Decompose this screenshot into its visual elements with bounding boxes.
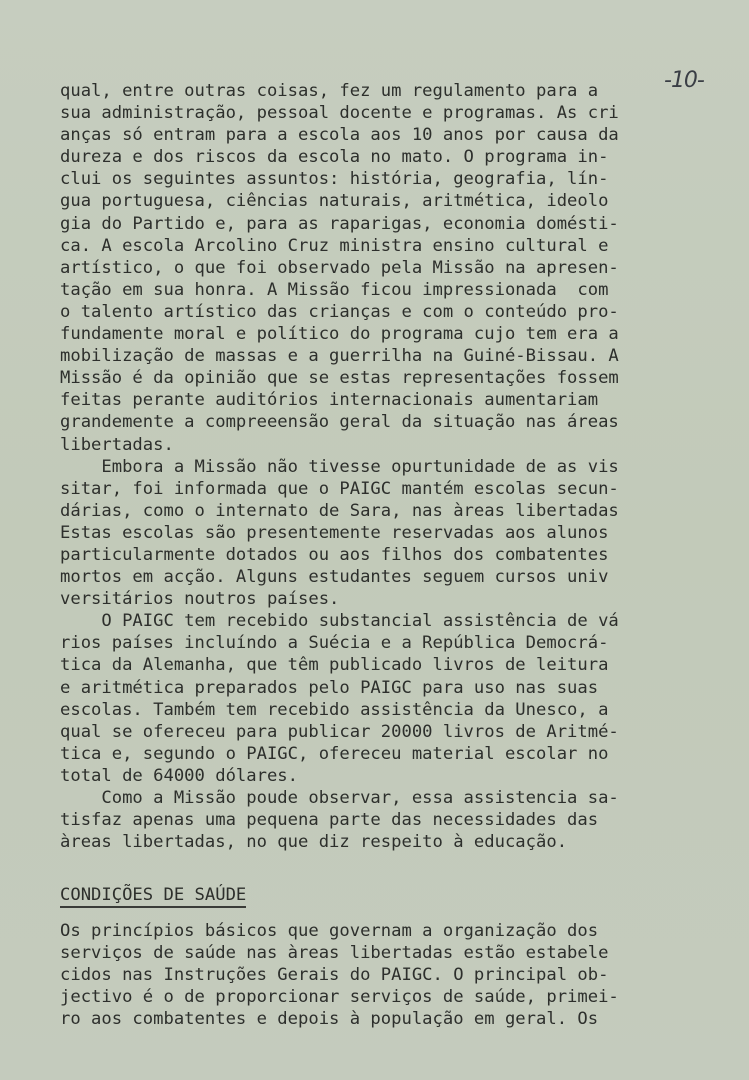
- text-line: serviços de saúde nas àreas libertadas e…: [60, 942, 749, 964]
- text-line: Missão é da opinião que se estas represe…: [60, 367, 749, 389]
- section-text: Os princípios básicos que governam a org…: [60, 920, 749, 1030]
- text-line: rios países incluíndo a Suécia e a Repúb…: [60, 632, 749, 654]
- text-line: libertadas.: [60, 434, 749, 456]
- text-line: àreas libertadas, no que diz respeito à …: [60, 831, 749, 853]
- text-line: ca. A escola Arcolino Cruz ministra ensi…: [60, 235, 749, 257]
- text-line: sua administração, pessoal docente e pro…: [60, 102, 749, 124]
- text-line: artístico, o que foi observado pela Miss…: [60, 257, 749, 279]
- text-line: Os princípios básicos que governam a org…: [60, 920, 749, 942]
- text-line: sitar, foi informada que o PAIGC mantém …: [60, 478, 749, 500]
- text-line: ro aos combatentes e depois à população …: [60, 1008, 749, 1030]
- text-line: tação em sua honra. A Missão ficou impre…: [60, 279, 749, 301]
- text-line: qual, entre outras coisas, fez um regula…: [60, 80, 749, 102]
- text-line: dárias, como o internato de Sara, nas àr…: [60, 500, 749, 522]
- text-line: mortos em acção. Alguns estudantes segue…: [60, 566, 749, 588]
- text-line: feitas perante auditórios internacionais…: [60, 389, 749, 411]
- text-line: versitários noutros países.: [60, 588, 749, 610]
- text-line: Embora a Missão não tivesse opurtunidade…: [60, 456, 749, 478]
- text-line: anças só entram para a escola aos 10 ano…: [60, 124, 749, 146]
- text-line: escolas. Também tem recebido assistência…: [60, 699, 749, 721]
- text-line: gua portuguesa, ciências naturais, aritm…: [60, 190, 749, 212]
- section-heading: CONDIÇÕES DE SAÚDE: [60, 884, 246, 908]
- text-line: cidos nas Instruções Gerais do PAIGC. O …: [60, 964, 749, 986]
- text-line: Como a Missão poude observar, essa assis…: [60, 787, 749, 809]
- text-line: total de 64000 dólares.: [60, 765, 749, 787]
- text-line: grandemente a compreeensão geral da situ…: [60, 411, 749, 433]
- text-line: dureza e dos riscos da escola no mato. O…: [60, 146, 749, 168]
- text-line: gia do Partido e, para as raparigas, eco…: [60, 213, 749, 235]
- text-line: o talento artístico das crianças e com o…: [60, 301, 749, 323]
- text-line: tica da Alemanha, que têm publicado livr…: [60, 654, 749, 676]
- document-page: -10- qual, entre outras coisas, fez um r…: [0, 0, 749, 1080]
- text-line: particularmente dotados ou aos filhos do…: [60, 544, 749, 566]
- body-text: qual, entre outras coisas, fez um regula…: [60, 80, 749, 853]
- text-line: tica e, segundo o PAIGC, ofereceu materi…: [60, 743, 749, 765]
- text-line: qual se ofereceu para publicar 20000 liv…: [60, 721, 749, 743]
- text-line: Estas escolas são presentemente reservad…: [60, 522, 749, 544]
- text-line: clui os seguintes assuntos: história, ge…: [60, 168, 749, 190]
- text-line: mobilização de massas e a guerrilha na G…: [60, 345, 749, 367]
- text-line: O PAIGC tem recebido substancial assistê…: [60, 610, 749, 632]
- text-line: jectivo é o de proporcionar serviços de …: [60, 986, 749, 1008]
- text-line: tisfaz apenas uma pequena parte das nece…: [60, 809, 749, 831]
- text-line: fundamente moral e político do programa …: [60, 323, 749, 345]
- text-line: e aritmética preparados pelo PAIGC para …: [60, 677, 749, 699]
